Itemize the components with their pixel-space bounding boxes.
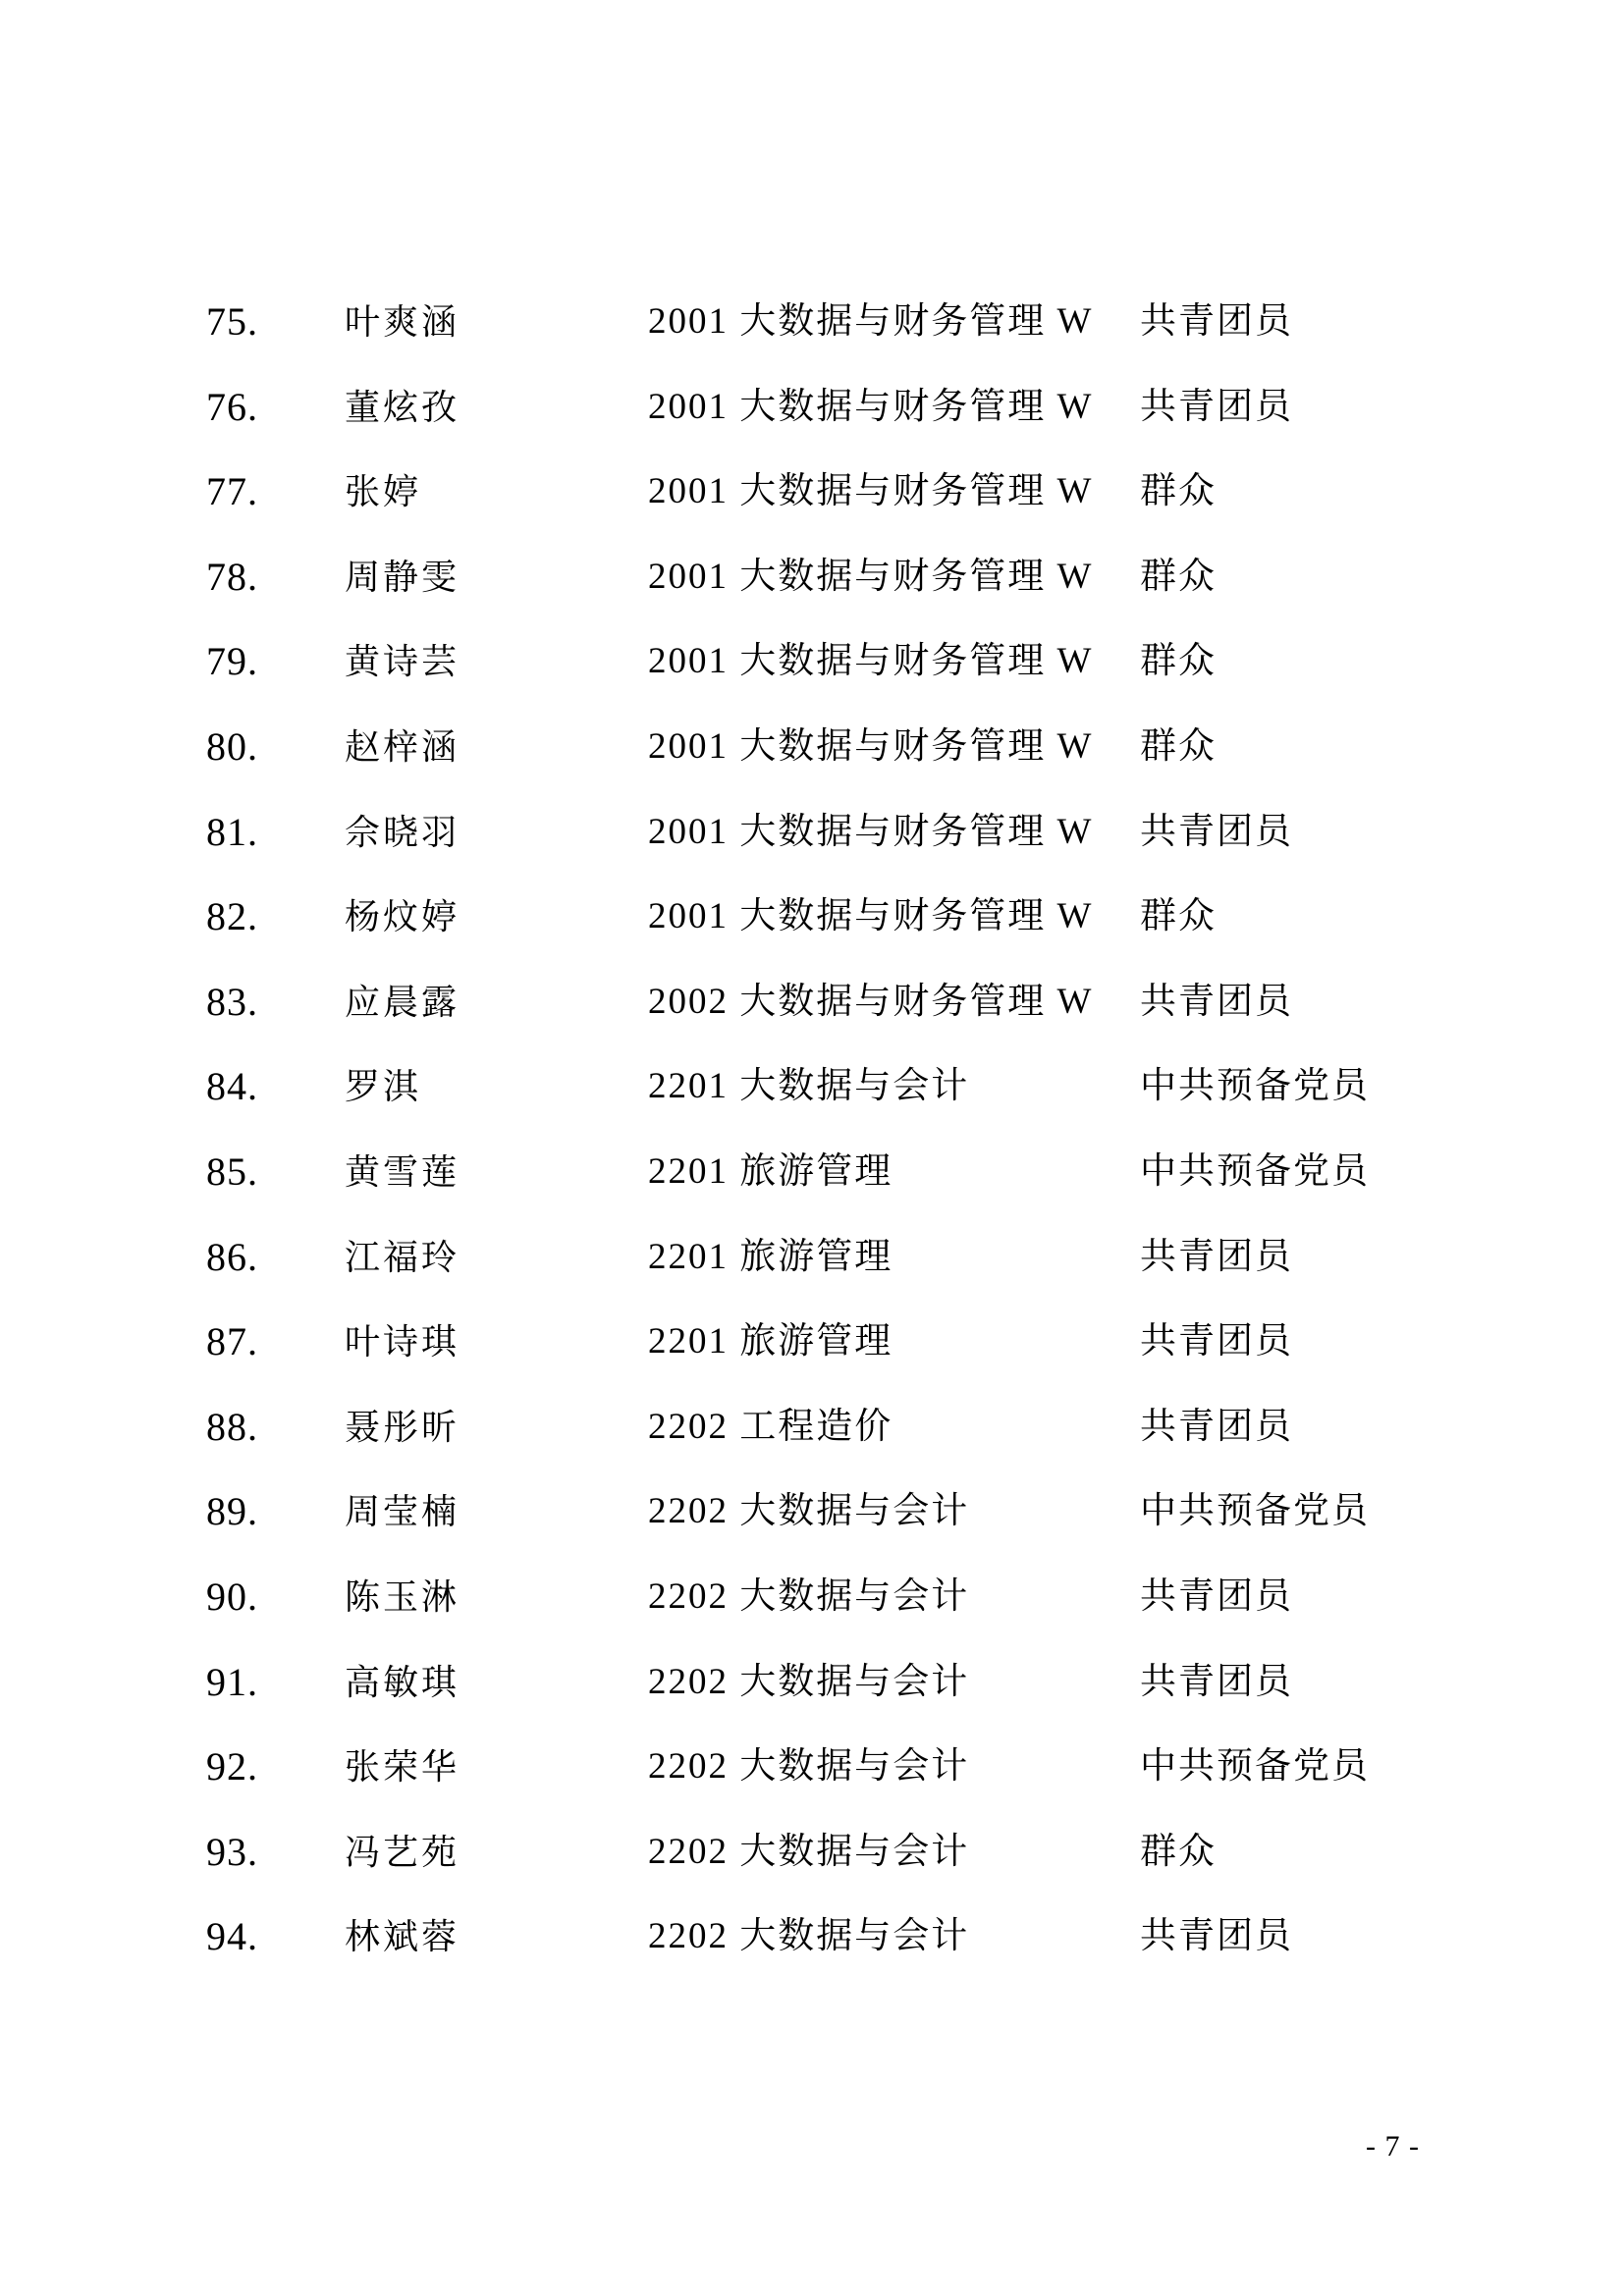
roster-row: 88.聂彤昕2202 工程造价共青团员 xyxy=(0,1406,1624,1449)
row-number: 81. xyxy=(206,811,258,854)
row-number: 90. xyxy=(206,1575,258,1619)
student-name: 陈玉淋 xyxy=(345,1575,460,1619)
political-status: 共青团员 xyxy=(1140,811,1293,854)
political-status: 共青团员 xyxy=(1140,300,1293,344)
political-status: 共青团员 xyxy=(1140,1575,1293,1619)
class-name: 2201 大数据与会计 xyxy=(648,1065,969,1108)
class-name: 2201 旅游管理 xyxy=(648,1320,893,1363)
student-name: 黄雪莲 xyxy=(345,1150,460,1194)
political-status: 共青团员 xyxy=(1140,981,1293,1024)
political-status: 共青团员 xyxy=(1140,1915,1293,1958)
page-number: - 7 - xyxy=(1366,2130,1420,2163)
political-status: 共青团员 xyxy=(1140,386,1293,429)
political-status: 中共预备党员 xyxy=(1140,1065,1370,1108)
political-status: 群众 xyxy=(1140,725,1217,769)
row-number: 84. xyxy=(206,1065,258,1108)
row-number: 82. xyxy=(206,895,258,938)
row-number: 79. xyxy=(206,640,258,683)
class-name: 2201 旅游管理 xyxy=(648,1236,893,1279)
row-number: 89. xyxy=(206,1490,258,1533)
roster-row: 92.张荣华2202 大数据与会计中共预备党员 xyxy=(0,1745,1624,1789)
political-status: 共青团员 xyxy=(1140,1320,1293,1363)
roster-row: 87.叶诗琪2201 旅游管理共青团员 xyxy=(0,1320,1624,1363)
class-name: 2202 工程造价 xyxy=(648,1406,893,1449)
row-number: 91. xyxy=(206,1661,258,1704)
student-name: 周静雯 xyxy=(345,556,460,599)
student-name: 董炫孜 xyxy=(345,386,460,429)
student-name: 应晨露 xyxy=(345,981,460,1024)
roster-row: 75.叶爽涵2001 大数据与财务管理 W共青团员 xyxy=(0,300,1624,344)
student-name: 张婷 xyxy=(345,470,421,513)
political-status: 共青团员 xyxy=(1140,1236,1293,1279)
class-name: 2001 大数据与财务管理 W xyxy=(648,386,1093,429)
roster-row: 86.江福玲2201 旅游管理共青团员 xyxy=(0,1236,1624,1279)
student-name: 林斌蓉 xyxy=(345,1915,460,1958)
class-name: 2001 大数据与财务管理 W xyxy=(648,300,1093,344)
row-number: 85. xyxy=(206,1150,258,1194)
roster-row: 84.罗淇2201 大数据与会计中共预备党员 xyxy=(0,1065,1624,1108)
class-name: 2201 旅游管理 xyxy=(648,1150,893,1194)
roster-row: 79.黄诗芸2001 大数据与财务管理 W群众 xyxy=(0,640,1624,683)
row-number: 87. xyxy=(206,1320,258,1363)
row-number: 80. xyxy=(206,725,258,769)
political-status: 中共预备党员 xyxy=(1140,1745,1370,1789)
student-name: 佘晓羽 xyxy=(345,811,460,854)
row-number: 83. xyxy=(206,981,258,1024)
roster-row: 83.应晨露2002 大数据与财务管理 W共青团员 xyxy=(0,981,1624,1024)
roster-row: 77.张婷2001 大数据与财务管理 W群众 xyxy=(0,470,1624,513)
row-number: 86. xyxy=(206,1236,258,1279)
student-name: 张荣华 xyxy=(345,1745,460,1789)
roster-row: 91.高敏琪2202 大数据与会计共青团员 xyxy=(0,1661,1624,1704)
class-name: 2001 大数据与财务管理 W xyxy=(648,470,1093,513)
political-status: 中共预备党员 xyxy=(1140,1150,1370,1194)
roster-row: 89.周莹楠2202 大数据与会计中共预备党员 xyxy=(0,1490,1624,1533)
student-name: 叶诗琪 xyxy=(345,1320,460,1363)
political-status: 群众 xyxy=(1140,640,1217,683)
political-status: 共青团员 xyxy=(1140,1661,1293,1704)
class-name: 2202 大数据与会计 xyxy=(648,1831,969,1874)
roster-row: 85.黄雪莲2201 旅游管理中共预备党员 xyxy=(0,1150,1624,1194)
student-name: 赵梓涵 xyxy=(345,725,460,769)
row-number: 94. xyxy=(206,1915,258,1958)
political-status: 共青团员 xyxy=(1140,1406,1293,1449)
class-name: 2001 大数据与财务管理 W xyxy=(648,811,1093,854)
row-number: 77. xyxy=(206,470,258,513)
class-name: 2202 大数据与会计 xyxy=(648,1661,969,1704)
roster-row: 82.杨炆婷2001 大数据与财务管理 W群众 xyxy=(0,895,1624,938)
row-number: 93. xyxy=(206,1831,258,1874)
class-name: 2001 大数据与财务管理 W xyxy=(648,640,1093,683)
student-name: 叶爽涵 xyxy=(345,300,460,344)
political-status: 群众 xyxy=(1140,470,1217,513)
political-status: 群众 xyxy=(1140,1831,1217,1874)
political-status: 群众 xyxy=(1140,895,1217,938)
row-number: 88. xyxy=(206,1406,258,1449)
student-name: 高敏琪 xyxy=(345,1661,460,1704)
roster-row: 76.董炫孜2001 大数据与财务管理 W共青团员 xyxy=(0,386,1624,429)
student-name: 冯艺苑 xyxy=(345,1831,460,1874)
student-name: 黄诗芸 xyxy=(345,640,460,683)
student-name: 江福玲 xyxy=(345,1236,460,1279)
row-number: 78. xyxy=(206,556,258,599)
class-name: 2202 大数据与会计 xyxy=(648,1490,969,1533)
class-name: 2001 大数据与财务管理 W xyxy=(648,725,1093,769)
class-name: 2002 大数据与财务管理 W xyxy=(648,981,1093,1024)
student-name: 罗淇 xyxy=(345,1065,421,1108)
roster-row: 93.冯艺苑2202 大数据与会计群众 xyxy=(0,1831,1624,1874)
roster-row: 90.陈玉淋2202 大数据与会计共青团员 xyxy=(0,1575,1624,1619)
class-name: 2001 大数据与财务管理 W xyxy=(648,895,1093,938)
political-status: 群众 xyxy=(1140,556,1217,599)
class-name: 2202 大数据与会计 xyxy=(648,1745,969,1789)
row-number: 75. xyxy=(206,300,258,344)
class-name: 2202 大数据与会计 xyxy=(648,1915,969,1958)
row-number: 92. xyxy=(206,1745,258,1789)
student-name: 周莹楠 xyxy=(345,1490,460,1533)
roster-row: 80.赵梓涵2001 大数据与财务管理 W群众 xyxy=(0,725,1624,769)
row-number: 76. xyxy=(206,386,258,429)
class-name: 2001 大数据与财务管理 W xyxy=(648,556,1093,599)
roster-row: 94.林斌蓉2202 大数据与会计共青团员 xyxy=(0,1915,1624,1958)
document-page: 75.叶爽涵2001 大数据与财务管理 W共青团员76.董炫孜2001 大数据与… xyxy=(0,0,1624,2296)
class-name: 2202 大数据与会计 xyxy=(648,1575,969,1619)
roster-row: 81.佘晓羽2001 大数据与财务管理 W共青团员 xyxy=(0,811,1624,854)
roster-row: 78.周静雯2001 大数据与财务管理 W群众 xyxy=(0,556,1624,599)
political-status: 中共预备党员 xyxy=(1140,1490,1370,1533)
student-name: 聂彤昕 xyxy=(345,1406,460,1449)
student-name: 杨炆婷 xyxy=(345,895,460,938)
